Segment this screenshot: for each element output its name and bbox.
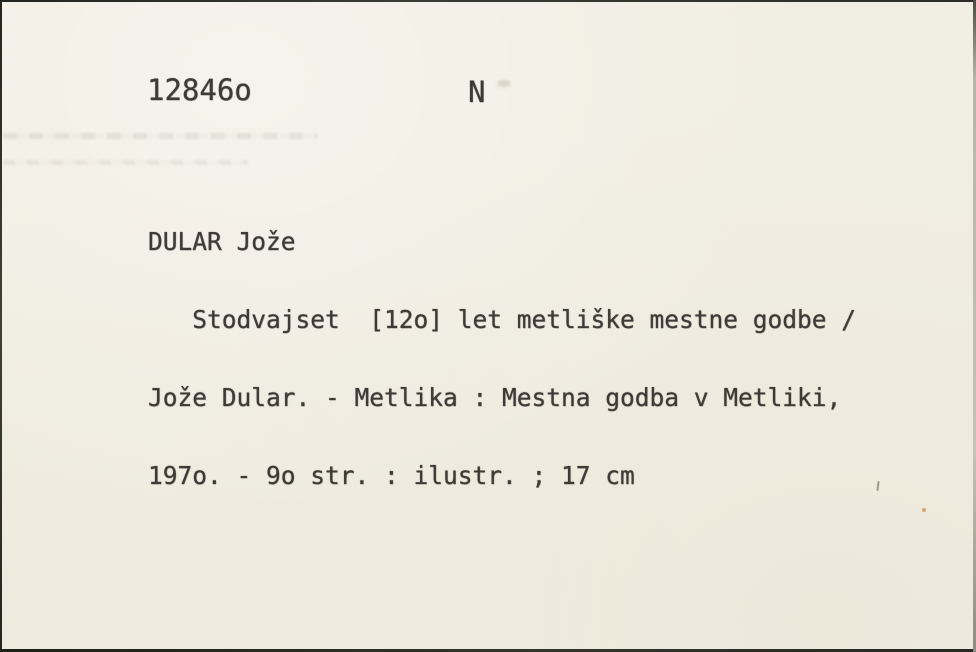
erased-pencil-line [3, 133, 318, 139]
stray-tick-mark [876, 481, 879, 491]
scan-edge-left [0, 0, 2, 652]
library-catalog-card: 12846o N DULAR Jože Stodvajset [12o] let… [0, 0, 976, 652]
catalog-entry-line-author-heading: DULAR Jože [148, 229, 856, 255]
catalog-entry-line-title: Stodvajset [12o] let metliške mestne god… [148, 307, 856, 333]
paper-speck [922, 508, 926, 512]
format-letter: N [468, 78, 485, 107]
accession-number: 12846o [147, 76, 252, 105]
catalog-entry: DULAR Jože Stodvajset [12o] let metliške… [148, 177, 856, 541]
catalog-entry-line-collation: 197o. - 9o str. : ilustr. ; 17 cm [148, 463, 856, 489]
catalog-entry-line-imprint: Jože Dular. - Metlika : Mestna godba v M… [148, 385, 856, 411]
ink-smudge [497, 80, 511, 87]
erased-pencil-line [3, 160, 248, 165]
scan-edge-top [0, 0, 976, 2]
